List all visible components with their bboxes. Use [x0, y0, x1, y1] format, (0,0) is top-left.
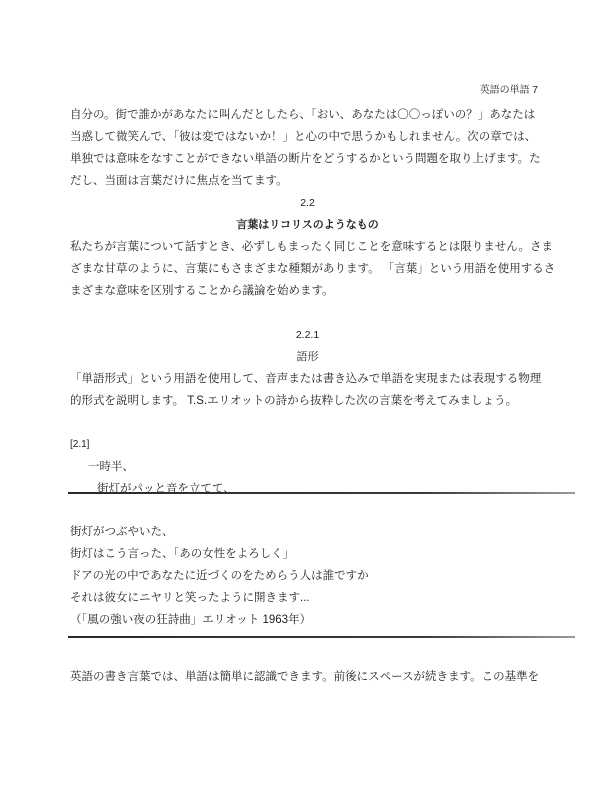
quote-line: 街灯がパッと音を立てて、	[70, 478, 545, 500]
paragraph-line: 当惑して微笑んで、「彼は変ではないか！」と心の中で思うかもしれません。次の章では…	[70, 126, 545, 148]
paragraph-line: ざまな甘草のように、言葉にもさまざまな種類があります。 「言葉」という用語を使用…	[70, 258, 545, 280]
poem-excerpt: 街灯がつぶやいた、 街灯はこう言った、「あの女性をよろしく」 ドアの光の中であな…	[70, 521, 545, 631]
poem-line: ドアの光の中であなたに近づくのをためらう人は誰ですか	[70, 565, 545, 587]
example-label: [2.1]	[70, 434, 545, 456]
page-header-folio: 英語の単語 7	[480, 85, 538, 97]
poem-citation: （「風の強い夜の狂詩曲」エリオット 1963年）	[70, 609, 545, 631]
section-2-2: 2.2 言葉はリコリスのようなもの 私たちが言葉について話すとき、必ずしもまった…	[70, 192, 545, 302]
example-2-1: [2.1] 一時半、 街灯がパッと音を立てて、	[70, 434, 545, 500]
paragraph-line: 的形式を説明します。 T.S.エリオットの詩から抜粋した次の言葉を考えてみましょ…	[70, 390, 545, 412]
quote-line: 一時半、	[70, 456, 545, 478]
paragraph-line: 私たちが言葉について話すとき、必ずしもまったく同じことを意味するとは限りません。…	[70, 236, 545, 258]
section-2-2-1: 2.2.1 語形 「単語形式」という用語を使用して、音声または書き込みで単語を実…	[70, 324, 545, 412]
horizontal-rule-top	[68, 492, 575, 494]
document-page: 英語の単語 7 自分の。街で誰かがあなたに叫んだとしたら、「おい、あなたは〇〇っ…	[0, 0, 612, 792]
subsection-number: 2.2.1	[70, 324, 545, 346]
subsection-title: 語形	[70, 346, 545, 368]
poem-line: 街灯がつぶやいた、	[70, 521, 545, 543]
horizontal-rule-bottom	[68, 636, 575, 638]
section-title: 言葉はリコリスのようなもの	[70, 214, 545, 236]
closing-paragraph: 英語の書き言葉では、単語は簡単に認識できます。前後にスペースが続きます。この基準…	[70, 666, 545, 688]
paragraph-line: だし、当面は言葉だけに焦点を当てます。	[70, 170, 545, 192]
paragraph-line: 英語の書き言葉では、単語は簡単に認識できます。前後にスペースが続きます。この基準…	[70, 666, 545, 688]
paragraph-line: まざまな意味を区別することから議論を始めます。	[70, 280, 545, 302]
poem-line: それは彼女にニヤリと笑ったように開きます...	[70, 587, 545, 609]
paragraph-line: 自分の。街で誰かがあなたに叫んだとしたら、「おい、あなたは〇〇っぽいの？」あなた…	[70, 104, 545, 126]
paragraph-line: 単独では意味をなすことができない単語の断片をどうするかという問題を取り上げます。…	[70, 148, 545, 170]
paragraph-line: 「単語形式」という用語を使用して、音声または書き込みで単語を実現または表現する物…	[70, 368, 545, 390]
poem-line: 街灯はこう言った、「あの女性をよろしく」	[70, 543, 545, 565]
section-number: 2.2	[70, 192, 545, 214]
intro-paragraph: 自分の。街で誰かがあなたに叫んだとしたら、「おい、あなたは〇〇っぽいの？」あなた…	[70, 104, 545, 192]
